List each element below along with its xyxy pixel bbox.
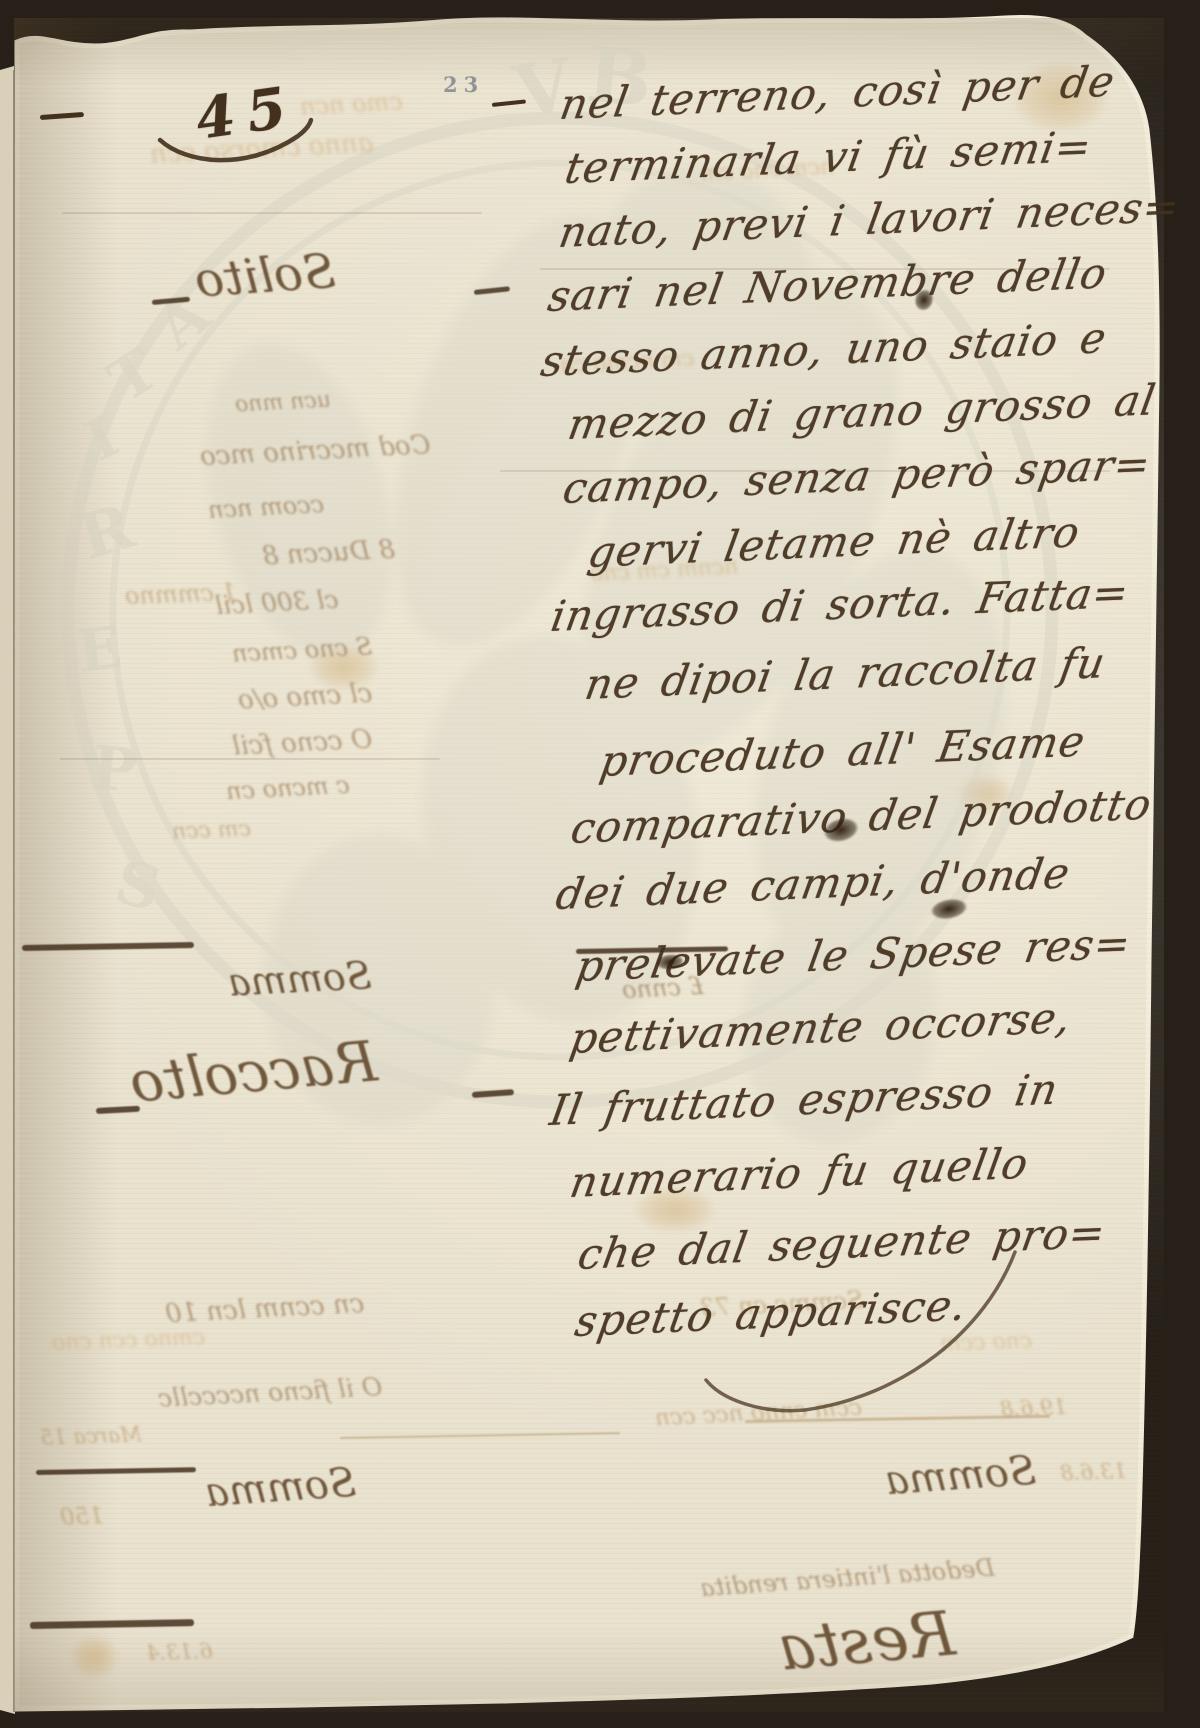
folio-underline-flourish xyxy=(160,120,311,160)
printed-page-number: 23 xyxy=(443,72,484,97)
manuscript-page-scan: VBATIREPS SolitoRaccoltoSommaSommaSommaR… xyxy=(0,0,1200,1728)
